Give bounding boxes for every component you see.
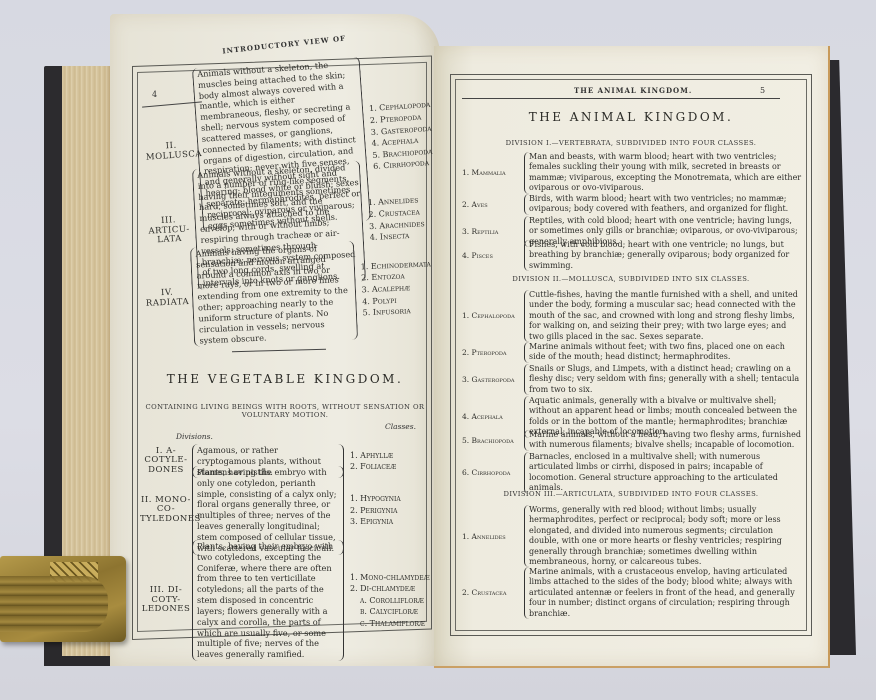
class-item: 2. Di-chlamydeæ xyxy=(350,583,430,595)
class-item: 1. Mono-chlamydeæ xyxy=(350,572,430,584)
class-item: 2. Perigynia xyxy=(350,505,401,517)
vegetable-kingdom-title: The Vegetable Kingdom. xyxy=(140,372,430,386)
class-row: 1. Cephalopoda Cuttle-fishes, having the… xyxy=(462,290,802,342)
class-row: 2. Aves Birds, with warm blood; heart wi… xyxy=(462,194,802,215)
class-item: 5. Infusoria xyxy=(362,304,433,319)
class-label: 6. Cirrhopoda xyxy=(462,468,524,477)
division-radiata: IV. Radiata Animals having the organs of… xyxy=(140,237,434,349)
class-list: 1. Hypogynia 2. Perigynia 3. Epigynia xyxy=(344,493,401,528)
divisions-header: Divisions. xyxy=(176,432,213,441)
class-row: 5. Brachiopoda Marine animals, without a… xyxy=(462,430,802,451)
division-description: Plants, having their embryo with two cot… xyxy=(192,540,344,661)
class-item: a. Corollifloræ xyxy=(350,595,430,607)
division-label: II. Mono-co-tyledones xyxy=(140,496,192,525)
animal-kingdom-title: The Animal Kingdom. xyxy=(455,110,807,124)
class-row: 3. Gasteropoda Snails or Slugs, and Limp… xyxy=(462,364,802,395)
right-head-rule xyxy=(462,98,780,99)
division-label: III. Di-coty-ledones xyxy=(140,586,192,615)
class-label: 2. Aves xyxy=(462,200,524,209)
class-label: 2. Crustacea xyxy=(462,588,524,597)
class-description: Man and beasts, with warm blood; heart w… xyxy=(524,152,802,194)
class-item: 1. Aphyllæ xyxy=(350,450,396,462)
class-label: 4. Acephala xyxy=(462,412,524,421)
class-description: Cuttle-fishes, having the mantle furnish… xyxy=(524,290,802,342)
class-row: 2. Pteropoda Marine animals without feet… xyxy=(462,342,802,363)
division-heading: Division III.—Articulata, subdivided int… xyxy=(455,490,807,498)
class-description: Worms, generally with red blood; without… xyxy=(524,505,802,567)
class-description: Snails or Slugs, and Limpets, with a dis… xyxy=(524,364,802,395)
class-item: b. Calycifloræ xyxy=(350,606,430,618)
class-label: 4. Pisces xyxy=(462,251,524,260)
class-description: Marine animals without feet; with two fi… xyxy=(524,342,802,363)
class-item: 1. Hypogynia xyxy=(350,493,401,505)
class-row: 1. Annelides Worms, generally with red b… xyxy=(462,505,802,567)
class-item: c. Thalamifloræ xyxy=(350,618,430,630)
class-list: 1. Echinodermata 2. Entozoa 3. Acalephæ … xyxy=(354,258,433,319)
division-label: IV. Radiata xyxy=(142,288,193,310)
class-label: 5. Brachiopoda xyxy=(462,436,524,445)
right-page-number: 5 xyxy=(760,86,765,95)
class-description: Marine animals, without a head; having t… xyxy=(524,430,802,451)
class-description: Birds, with warm blood; heart with two v… xyxy=(524,194,802,215)
hand-icon xyxy=(0,576,108,632)
class-description: Barnacles, enclosed in a multivalve shel… xyxy=(524,452,802,494)
division-label: III. Articu-lata xyxy=(142,215,195,247)
class-label: 1. Cephalopoda xyxy=(462,311,524,320)
class-row: 2. Crustacea Marine animals, with a crus… xyxy=(462,567,802,619)
class-description: Fishes, with cold blood; heart with one … xyxy=(524,240,802,271)
class-list: 1. Annelides 2. Crustacea 3. Arachnides … xyxy=(362,195,426,245)
class-list: 1. Mono-chlamydeæ 2. Di-chlamydeæ a. Cor… xyxy=(344,572,430,630)
class-description: Marine animals, with a crustaceous envel… xyxy=(524,567,802,619)
right-running-head: The Animal Kingdom. xyxy=(574,86,692,95)
class-label: 3. Reptilia xyxy=(462,227,524,236)
book-cover-right xyxy=(828,60,856,655)
class-row: 6. Cirrhopoda Barnacles, enclosed in a m… xyxy=(462,452,802,494)
class-label: 3. Gasteropoda xyxy=(462,375,524,384)
class-row: 4. Pisces Fishes, with cold blood; heart… xyxy=(462,240,802,271)
class-label: 1. Mammalia xyxy=(462,168,524,177)
class-label: 1. Annelides xyxy=(462,532,524,541)
division-heading: Division I.—Vertebrata, subdivided into … xyxy=(455,139,807,147)
division-label: II. Mollusca xyxy=(145,141,198,164)
class-item: 3. Epigynia xyxy=(350,516,401,528)
open-book-photo: Introductory View of 4 II. Mollusca Anim… xyxy=(0,0,876,700)
brass-hand-page-clip xyxy=(0,556,126,642)
division-dicotyledones: III. Di-coty-ledones Plants, having thei… xyxy=(140,540,430,661)
vegetable-kingdom-subtitle: Containing living beings with roots, wit… xyxy=(140,403,430,419)
division-heading: Division II.—Mollusca, subdivided into s… xyxy=(455,275,807,283)
division-description: Animals having the organs of sensation a… xyxy=(190,241,357,347)
class-label: 2. Pteropoda xyxy=(462,348,524,357)
class-row: 1. Mammalia Man and beasts, with warm bl… xyxy=(462,152,802,194)
classes-header: Classes. xyxy=(385,422,416,431)
